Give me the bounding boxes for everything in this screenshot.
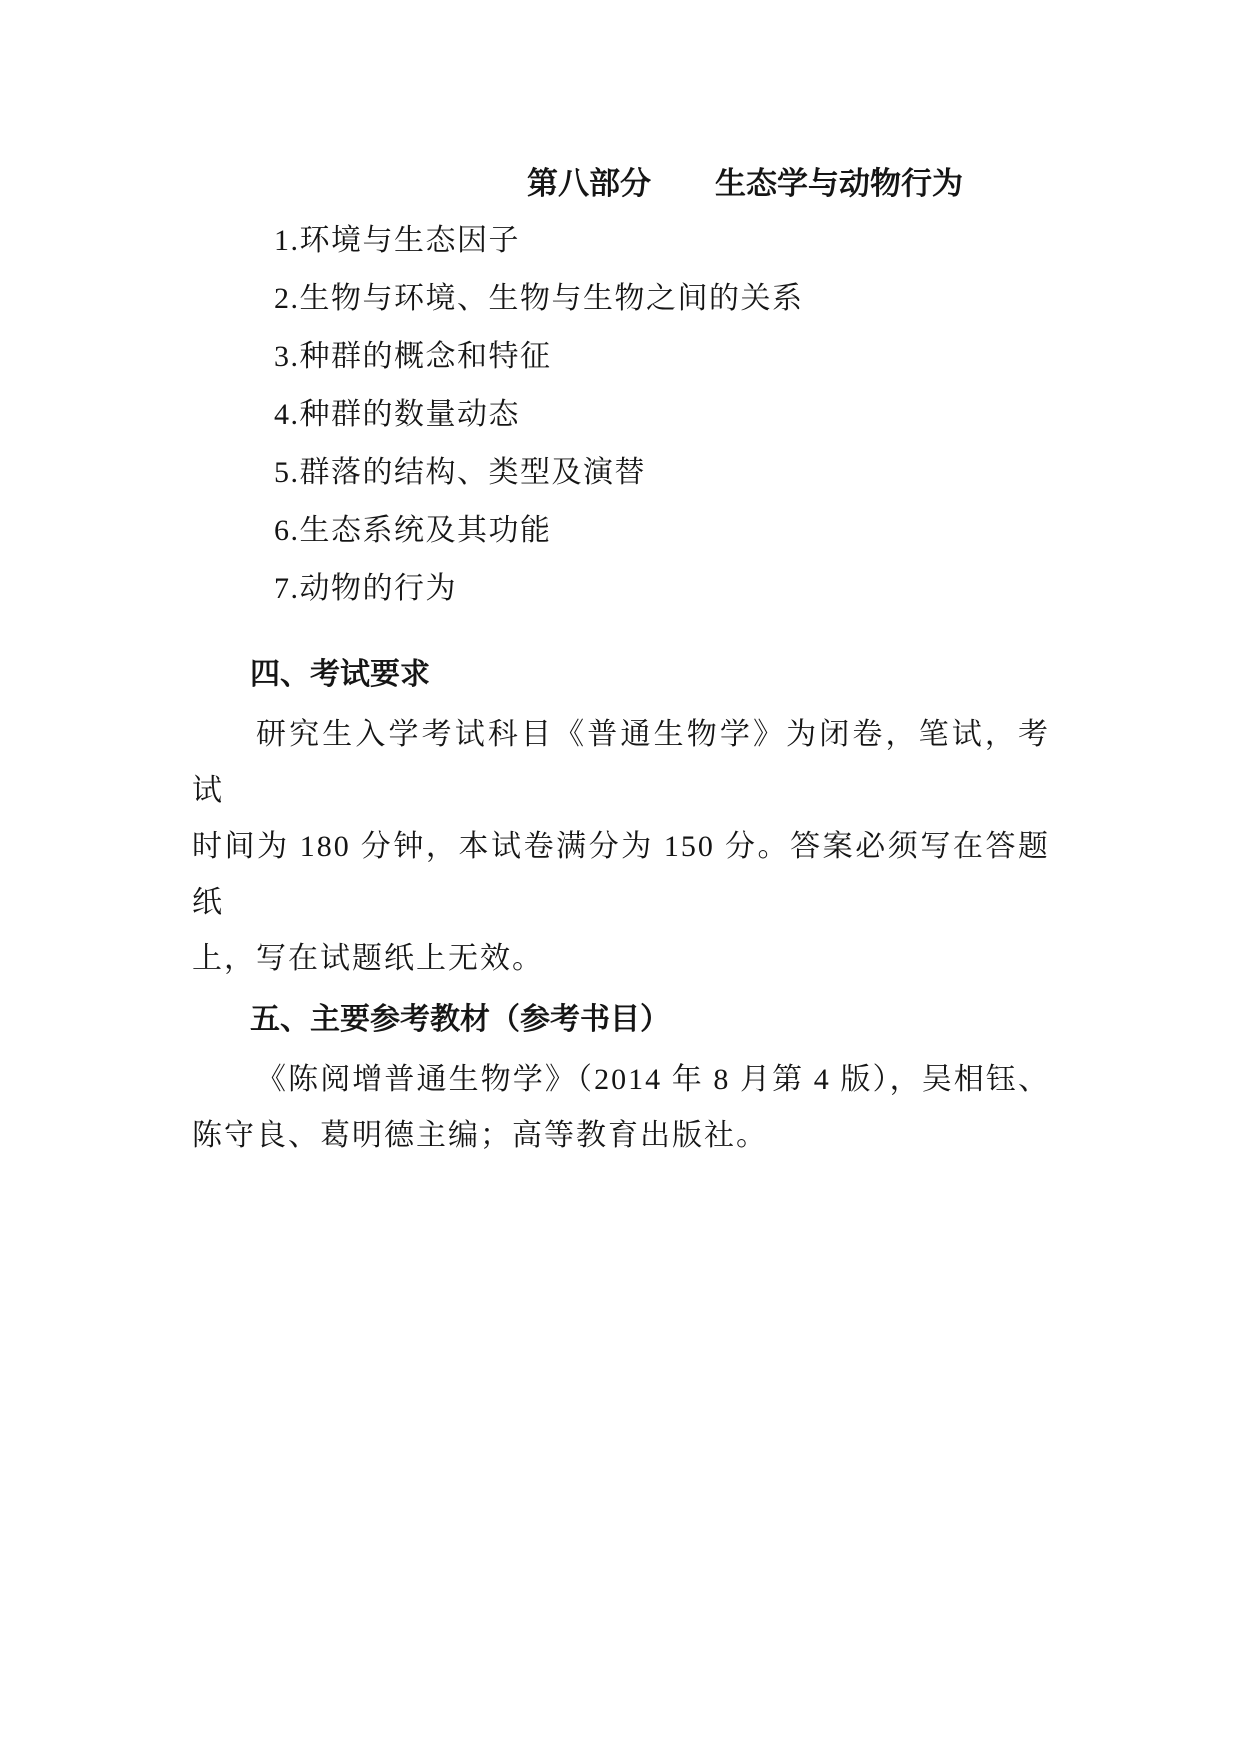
page-title: 第八部分 生态学与动物行为	[527, 158, 1050, 210]
paragraph-line: 陈守良、葛明德主编；高等教育出版社。	[192, 1108, 1050, 1164]
list-item: 3.种群的概念和特征	[274, 328, 1050, 386]
list-item: 7.动物的行为	[274, 560, 1050, 618]
document-page: 第八部分 生态学与动物行为 1.环境与生态因子 2.生物与环境、生物与生物之间的…	[0, 0, 1240, 1754]
page-title-part-number: 第八部分	[527, 158, 651, 210]
list-item: 5.群落的结构、类型及演替	[274, 444, 1050, 502]
list-item: 2.生物与环境、生物与生物之间的关系	[274, 270, 1050, 328]
paragraph-line: 研究生入学考试科目《普通生物学》为闭卷，笔试，考试	[192, 707, 1050, 819]
paragraph-line: 时间为 180 分钟，本试卷满分为 150 分。答案必须写在答题纸	[192, 819, 1050, 931]
section-heading-reference-books: 五、主要参考教材（参考书目）	[192, 992, 1050, 1048]
section-heading-exam-requirements: 四、考试要求	[192, 646, 1050, 704]
outline-list: 1.环境与生态因子 2.生物与环境、生物与生物之间的关系 3.种群的概念和特征 …	[192, 212, 1050, 618]
list-item: 1.环境与生态因子	[274, 212, 1050, 270]
page-title-part-name: 生态学与动物行为	[715, 158, 963, 210]
paragraph-line: 《陈阅增普通生物学》（2014 年 8 月第 4 版），吴相钰、	[192, 1052, 1050, 1108]
paragraph-reference-books: 《陈阅增普通生物学》（2014 年 8 月第 4 版），吴相钰、 陈守良、葛明德…	[192, 1052, 1050, 1164]
paragraph-exam-requirements: 研究生入学考试科目《普通生物学》为闭卷，笔试，考试 时间为 180 分钟，本试卷…	[192, 707, 1050, 987]
list-item: 4.种群的数量动态	[274, 386, 1050, 444]
paragraph-line: 上，写在试题纸上无效。	[192, 931, 1050, 987]
list-item: 6.生态系统及其功能	[274, 502, 1050, 560]
